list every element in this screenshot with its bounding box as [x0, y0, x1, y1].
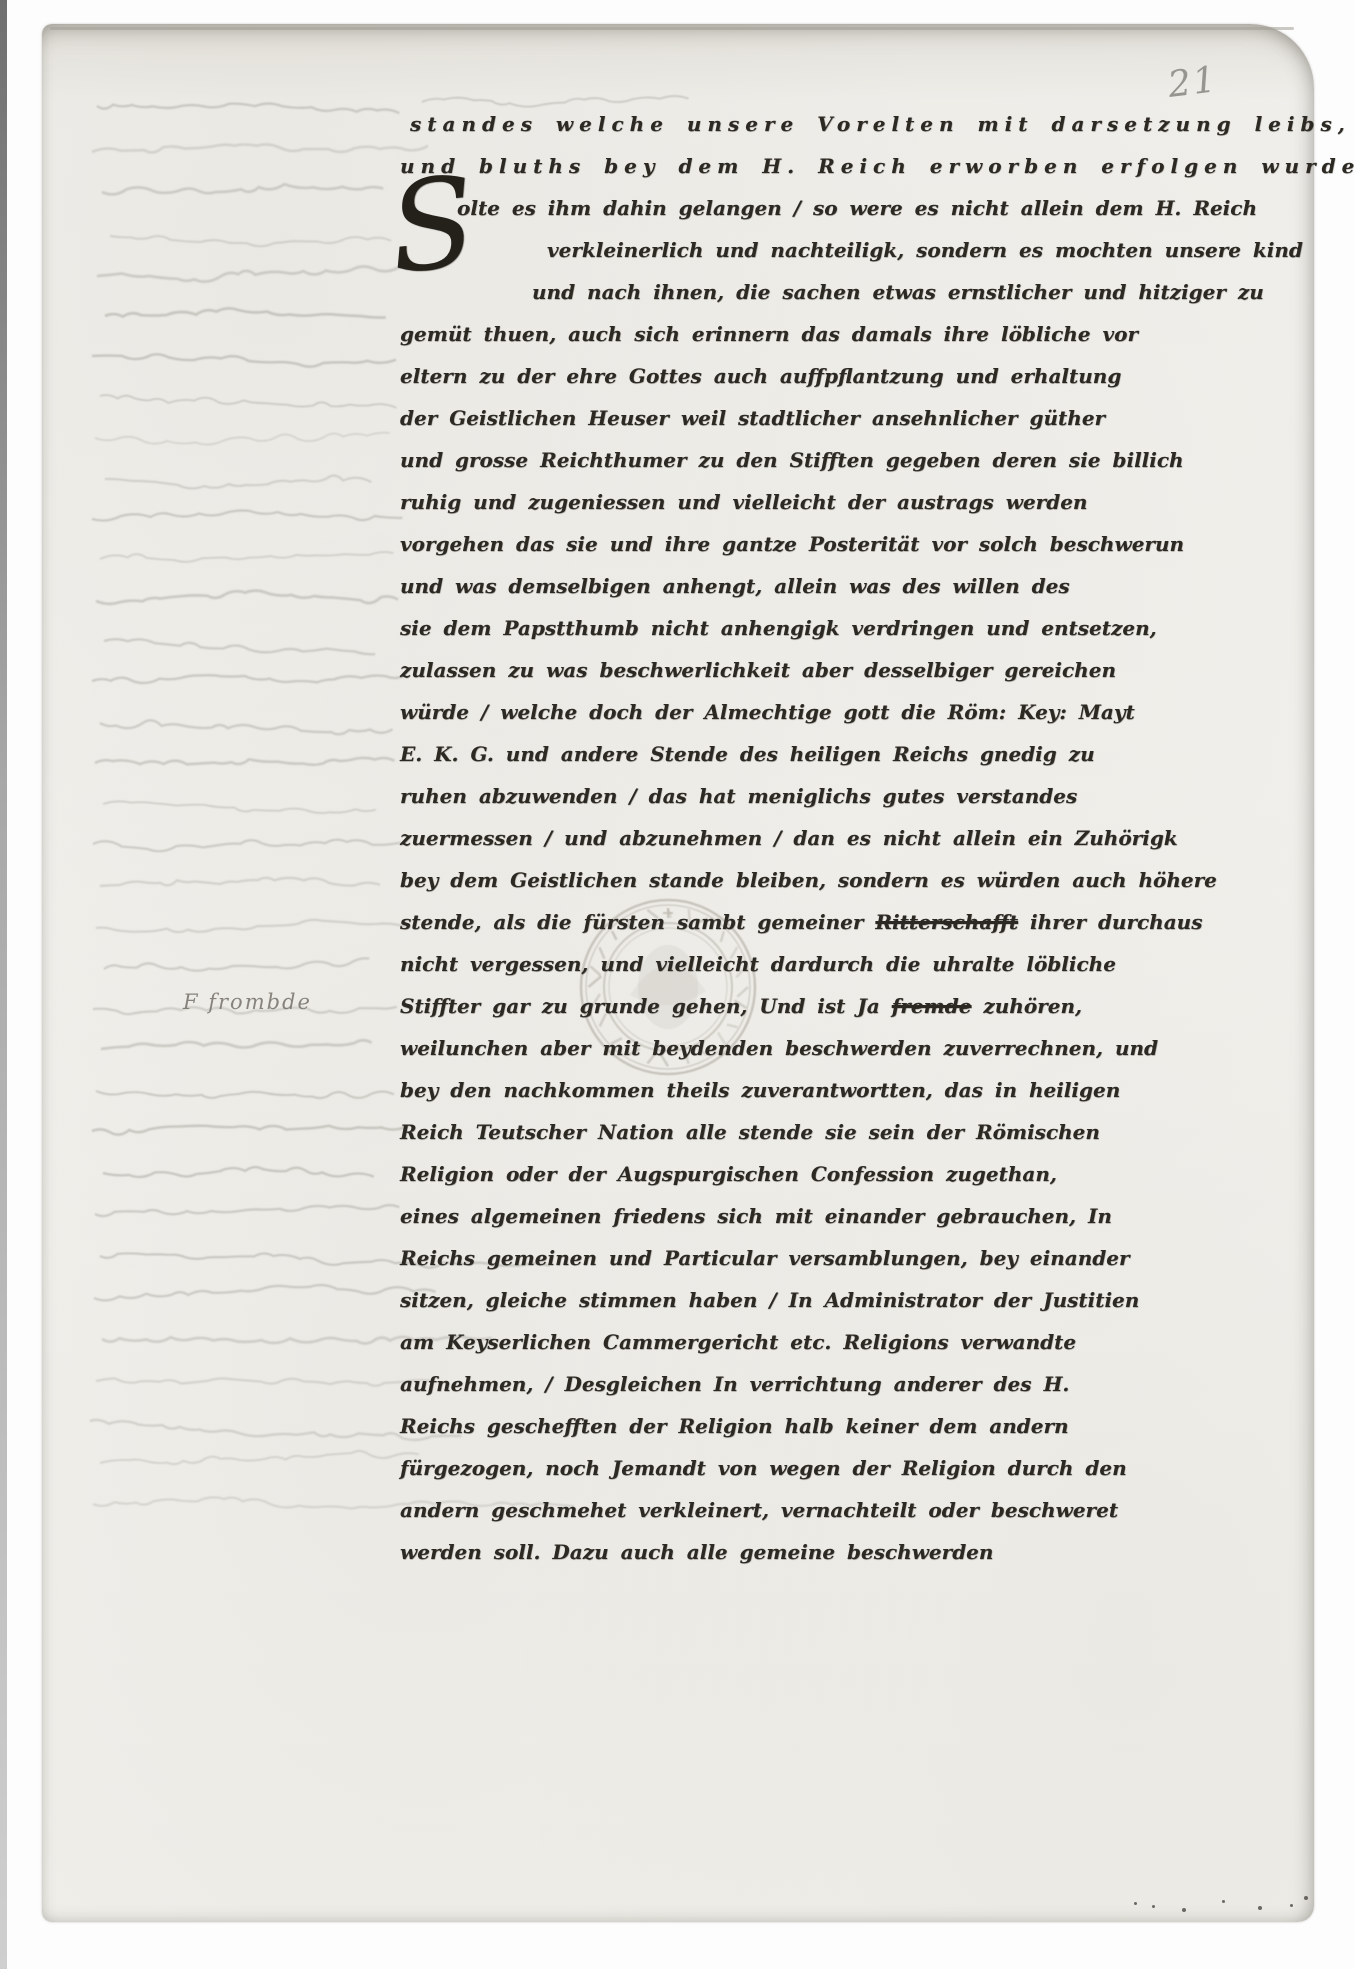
- manuscript-line: eines algemeinen friedens sich mit einan…: [400, 1204, 1112, 1228]
- manuscript-text-block: standes welche unsere Vorelten mit darse…: [42, 24, 1314, 1922]
- scanner-edge-strip: [0, 0, 7, 1969]
- ink-speck: [1182, 1908, 1186, 1912]
- manuscript-line: bey den nachkommen theils zuverantwortte…: [400, 1078, 1120, 1102]
- ink-speck: [1290, 1904, 1293, 1907]
- manuscript-line: aufnehmen, / Desgleichen In verrichtung …: [400, 1372, 1069, 1396]
- manuscript-line: Reich Teutscher Nation alle stende sie s…: [400, 1120, 1100, 1144]
- ink-speck: [1222, 1900, 1225, 1903]
- manuscript-line: Reichs geschefften der Religion halb kei…: [400, 1414, 1069, 1438]
- manuscript-line: der Geistlichen Heuser weil stadtlicher …: [400, 406, 1105, 430]
- manuscript-line: werden soll. Dazu auch alle gemeine besc…: [400, 1540, 993, 1564]
- manuscript-line: nicht vergessen, und vielleicht dardurch…: [400, 952, 1116, 976]
- manuscript-line: sitzen, gleiche stimmen haben / In Admin…: [400, 1288, 1139, 1312]
- ink-speck: [1258, 1906, 1262, 1910]
- manuscript-line: ruhen abzuwenden / das hat meniglichs gu…: [400, 784, 1077, 808]
- ink-speck: [1304, 1896, 1308, 1900]
- manuscript-line: vorgehen das sie und ihre gantze Posteri…: [400, 532, 1184, 556]
- manuscript-line: andern geschmehet verkleinert, vernachte…: [400, 1498, 1118, 1522]
- manuscript-line: zulassen zu was beschwerlichkeit aber de…: [400, 658, 1116, 682]
- manuscript-line: olte es ihm dahin gelangen / so were es …: [457, 196, 1257, 220]
- manuscript-line: bey dem Geistlichen stande bleiben, sond…: [400, 868, 1217, 892]
- manuscript-line: ruhig und zugeniessen und vielleicht der…: [400, 490, 1087, 514]
- manuscript-line: und was demselbigen anhengt, allein was …: [400, 574, 1070, 598]
- manuscript-line: und bluths bey dem H. Reich erworben erf…: [400, 154, 1354, 178]
- manuscript-line: und grosse Reichthumer zu den Stifften g…: [400, 448, 1184, 472]
- manuscript-line: weilunchen aber mit beydenden beschwerde…: [400, 1036, 1158, 1060]
- manuscript-line: sie dem Papstthumb nicht anhengigk verdr…: [400, 616, 1157, 640]
- manuscript-line: Religion oder der Augspurgischen Confess…: [400, 1162, 1057, 1186]
- scanned-manuscript-page: 21 F frombde S standes welche unsere Vor…: [0, 0, 1354, 1969]
- manuscript-line: stende, als die fürsten sambt gemeiner R…: [400, 910, 1202, 934]
- manuscript-line: Reichs gemeinen und Particular versamblu…: [400, 1246, 1130, 1270]
- manuscript-line: Stiffter gar zu grunde gehen, Und ist Ja…: [400, 994, 1082, 1018]
- ink-speck: [1134, 1902, 1137, 1905]
- manuscript-line: verkleinerlich und nachteiligk, sondern …: [547, 238, 1303, 262]
- manuscript-line: am Keyserlichen Cammergericht etc. Relig…: [400, 1330, 1076, 1354]
- ink-speck: [1152, 1905, 1155, 1908]
- manuscript-paper: 21 F frombde S standes welche unsere Vor…: [42, 24, 1314, 1922]
- manuscript-line: E. K. G. und andere Stende des heiligen …: [400, 742, 1095, 766]
- manuscript-line: zuermessen / und abzunehmen / dan es nic…: [400, 826, 1178, 850]
- manuscript-line: fürgezogen, noch Jemandt von wegen der R…: [400, 1456, 1127, 1480]
- manuscript-line: eltern zu der ehre Gottes auch auffpflan…: [400, 364, 1121, 388]
- manuscript-line: standes welche unsere Vorelten mit darse…: [410, 112, 1354, 136]
- manuscript-line: gemüt thuen, auch sich erinnern das dama…: [400, 322, 1138, 346]
- manuscript-line: würde / welche doch der Almechtige gott …: [400, 700, 1135, 724]
- manuscript-line: und nach ihnen, die sachen etwas ernstli…: [532, 280, 1264, 304]
